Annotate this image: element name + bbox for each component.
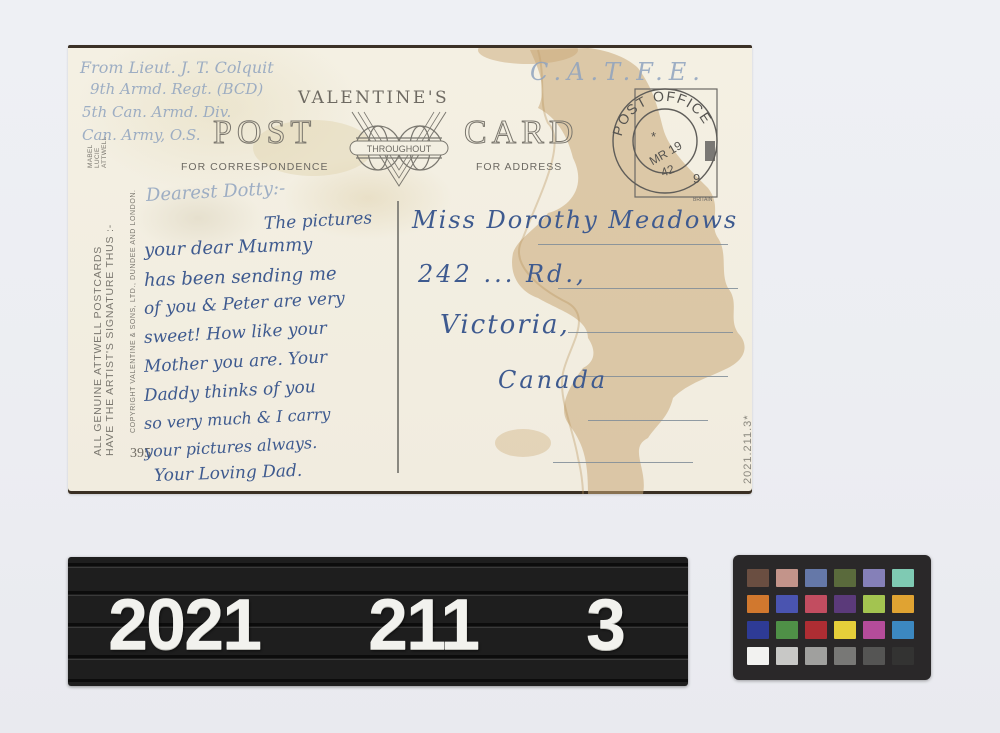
color-patch [834,569,856,587]
logo-text: THROUGHOUT [367,144,432,154]
color-patch [863,569,885,587]
center-divider [397,201,399,473]
postmark-star: * [651,129,656,144]
recipient-line: Victoria, [440,310,570,340]
publisher-header: VALENTINE'S [298,88,449,108]
attwell-notice-line1: ALL GENUINE ATTWELL POSTCARDS [92,224,104,456]
accession-lot: 211 [368,585,478,665]
address-line [568,332,733,333]
color-patch [776,595,798,613]
address-line [553,462,693,463]
color-patch [834,647,856,665]
postmark-text: POST OFFICE [609,88,716,138]
censor-mark: C.A.T.F.E. [530,58,706,86]
accession-year: 2021 [108,585,260,665]
accession-number-bar: 2021 211 3 [68,557,688,686]
color-patch [805,621,827,639]
return-address-line: 9th Armd. Regt. (BCD) [90,80,263,98]
return-address-line: Can. Army, O.S. [82,126,201,144]
return-address-line: 5th Can. Armd. Div. [82,103,231,121]
color-patch [863,647,885,665]
archive-number: 2021.211.3* [742,414,752,484]
color-patch [747,647,769,665]
color-patch [776,569,798,587]
globe-logo-icon: THROUGHOUT [344,108,454,188]
color-patch [805,647,827,665]
color-patch [863,621,885,639]
for-address-label: FOR ADDRESS [476,161,562,173]
bar-groove [68,563,688,566]
color-patch [834,595,856,613]
postmark-year: 42 [659,162,677,180]
attwell-notice-line2: HAVE THE ARTIST'S SIGNATURE THUS :- [104,224,116,456]
color-patch [747,595,769,613]
color-patch [834,621,856,639]
color-patch [863,595,885,613]
color-patch [892,595,914,613]
recipient-line: 242 ... Rd., [418,260,587,288]
postmark-frame-text: BRITAIN [693,197,713,203]
color-checker [733,555,931,680]
accession-item: 3 [586,585,624,665]
color-patch [892,647,914,665]
bar-groove [68,679,688,682]
postmark-code: 9 [693,171,700,186]
bar-groove [68,567,688,568]
for-correspondence-label: FOR CORRESPONDENCE [181,161,329,173]
recipient-line: Miss Dorothy Meadows [412,206,738,234]
copyright-line: COPYRIGHT VALENTINE & SONS, LTD., DUNDEE… [130,189,137,433]
color-patch [776,647,798,665]
card-title: CARD [464,114,578,152]
color-patch [892,621,914,639]
svg-text:POST OFFICE: POST OFFICE [609,88,716,138]
address-line [558,288,738,289]
color-patch [776,621,798,639]
recipient-line: Canada [498,366,608,394]
color-patch [747,569,769,587]
attwell-notice: ALL GENUINE ATTWELL POSTCARDS HAVE THE A… [92,224,116,456]
accession-digits: 2021 211 3 [68,585,688,665]
return-address-line: From Lieut. J. T. Colquit [80,58,274,77]
color-patch [805,595,827,613]
address-line [588,420,708,421]
address-line [538,244,728,245]
color-patch [805,569,827,587]
color-patch [892,569,914,587]
color-checker-grid [747,569,919,669]
postmark-stamp: POST OFFICE * MR 19 42 9 BRITAIN [593,83,723,203]
postcard: VALENTINE'S POST CARD THROUGHOUT FOR COR… [68,45,752,494]
color-patch [747,621,769,639]
